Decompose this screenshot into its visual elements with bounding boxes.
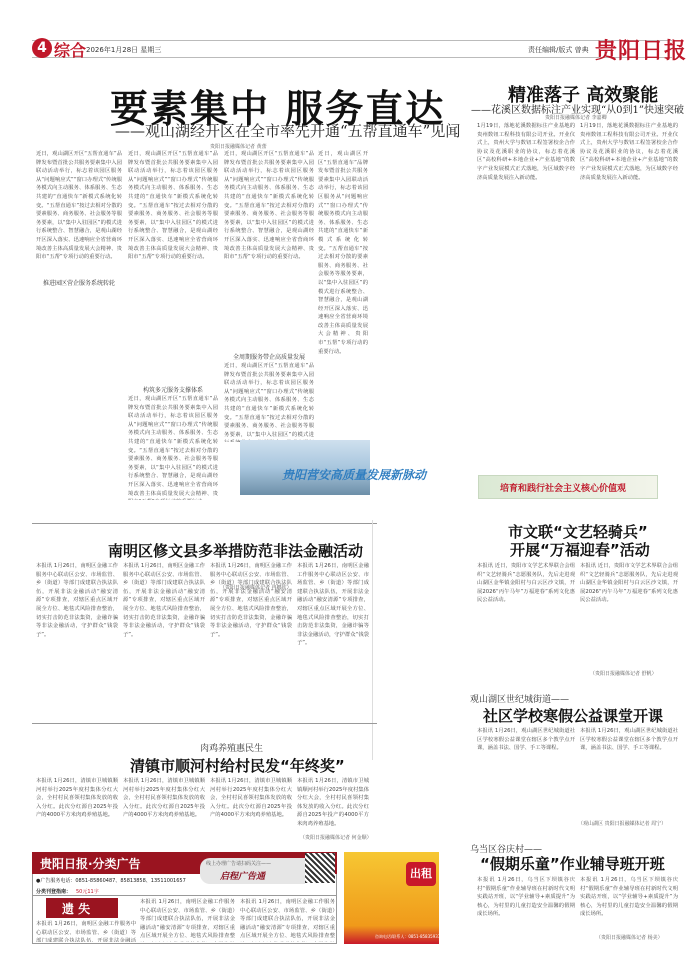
arts-headline-2: 开展“万福迎春”活动 [510, 539, 650, 560]
finance-byline: （贵阳日报融媒体记者 冉娜钦） [220, 584, 292, 591]
divider [32, 895, 337, 896]
arts-column-2: 本报讯 近日，贵阳市文学艺术界联合会组织“文艺轻骑兵”志愿服务队，先后走进观山湖… [580, 562, 678, 674]
community-headline: 社区学校寒假公益课堂开课 [483, 705, 663, 726]
section-name: 综合 [54, 38, 86, 61]
lead-byline: 贵阳日报融媒体记者 黄蕾 [210, 143, 267, 150]
community-column-1: 本报讯 1月26日，观山湖区世纪城街道社区学校寒假公益课堂在辖区多个教学点开课，… [477, 727, 575, 827]
editor-credit: 责任编辑/版式 曾典 [528, 45, 589, 55]
right-byline: 贵阳日报融媒体记者 李嘉卿 [545, 114, 607, 121]
lead-column-2b: 近日，观山湖区开区“五帮直通车”品牌发布暨首批公共服务要素集中入园联动活动举行，… [128, 395, 218, 500]
village-column-2: 本报讯 1月26日，清镇市卫城镇顺河村举行2025年度村集体分红大会，全村村民喜… [123, 777, 205, 839]
classified-brand: 贵阳日报·分类广告 [40, 855, 141, 872]
lead-subhead-3: 全周期服务带企高质量发展 [224, 352, 314, 361]
finance-headline: 南明区修文县多举措防范非法金融活动 [108, 540, 363, 561]
page-number-badge: 4 [32, 38, 52, 58]
lead-column-4: 近日，观山湖区开区“五帮直通车”品牌发布暨首批公共服务要素集中入园联动活动举行，… [318, 150, 368, 450]
divider [32, 723, 377, 724]
homework-column-2: 本报讯 1月26日，乌当区下坝镇谷庆村“假期乐童”作业辅导班在村新时代文明实践站… [580, 876, 678, 931]
finance-column-3: 本报讯 1月26日，南明区金融工作服务中心联动区公安、市场监管、乡（街道）等部门… [210, 562, 292, 702]
issue-date: 2026年1月28日 星期三 [86, 45, 161, 55]
village-column-3: 本报讯 1月26日，清镇市卫城镇顺河村举行2025年度村集体分红大会，全村村民喜… [210, 777, 292, 839]
lead-subhead-2: 构筑多元服务支撑体系 [128, 385, 218, 394]
qr-code[interactable] [305, 853, 335, 883]
arts-column-1: 本报讯 近日，贵阳市文学艺术界联合会组织“文艺轻骑兵”志愿服务队，先后走进观山湖… [477, 562, 575, 684]
lead-column-3: 近日，观山湖区开区“五帮直通车”品牌发布暨首批公共服务要素集中入园联动活动举行，… [224, 150, 314, 350]
lost-notices-3: 本报讯 1月26日，南明区金融工作服务中心联动区公安、市场监管、乡（街道）等部门… [240, 898, 335, 942]
right-column-2: 1月19日，落地花溪数据标注产业基地的贵州数钮工程科技有限公司开业。开业仪式上，… [580, 122, 678, 437]
lead-subtitle: ——观山湖经开区在全市率先开通“五帮直通车”见闻 [115, 120, 460, 141]
lead-column-3b: 近日，观山湖区开区“五帮直通车”品牌发布暨首批公共服务要素集中入园联动活动举行，… [224, 362, 314, 442]
lead-subhead-1: 推进园区营企服务系统转轮 [36, 278, 122, 287]
village-headline: 清镇市顺河村给村民发“年终奖” [130, 755, 345, 776]
price-value: 50元11字 [76, 888, 99, 895]
value-banner-text: 培育和践行社会主义核心价值观 [500, 481, 626, 494]
community-byline: （观山湖区 贵阳日报融媒体记者 周宁） [578, 820, 666, 827]
divider [32, 523, 377, 524]
finance-column-1: 本报讯 1月26日，南明区金融工作服务中心联动区公安、市场监管、乡（街道）等部门… [36, 562, 118, 702]
homework-headline: “假期乐童”作业辅导班开班 [480, 853, 665, 874]
homework-byline: （贵阳日报融媒体记者 杨美） [596, 934, 663, 941]
village-column-1: 本报讯 1月26日，清镇市卫城镇顺河村举行2025年度村集体分红大会，全村村民喜… [36, 777, 118, 839]
finance-column-4: 本报讯 1月26日，南明区金融工作服务中心联动区公安、市场监管、乡（街道）等部门… [297, 562, 369, 702]
homework-column-1: 本报讯 1月26日，乌当区下坝镇谷庆村“假期乐童”作业辅导班在村新时代文明实践站… [477, 876, 575, 938]
lost-label: 遗 失 [62, 900, 90, 917]
classified-phone: ●广告服务电话：0851-85860487、85813858、135110016… [36, 877, 186, 884]
community-column-2: 本报讯 1月26日，观山湖区世纪城街道社区学校寒假公益课堂在辖区多个教学点开课，… [580, 727, 678, 817]
village-kicker: 肉鸡养殖惠民生 [200, 741, 263, 754]
village-byline: （贵阳日报融媒体记者 何金顺） [300, 834, 372, 841]
divider [372, 520, 373, 760]
rent-phone: 咨询电话/联系人：0851-85835937 [375, 934, 440, 940]
arts-byline: （贵阳日报融媒体记者 舒帆） [590, 670, 657, 677]
village-column-4: 本报讯 1月26日，清镇市卫城镇顺河村举行2025年度村集体分红大会，全村村民喜… [297, 777, 369, 832]
newspaper-logo: 贵阳日报 [595, 34, 687, 65]
lost-notices-1: 本报讯 1月26日，南明区金融工作服务中心联动区公安、市场监管、乡（街道）等部门… [36, 920, 136, 942]
lead-column-1: 近日，观山湖区开区“五帮直通车”品牌发布暨首批公共服务要素集中入园联动活动举行，… [36, 150, 122, 500]
price-label: 分类刊登指南： [36, 888, 71, 895]
online-label: 线上办理广告请扫码关注—— [206, 860, 271, 867]
rent-label: 出租 [406, 862, 436, 886]
lead-column-2: 近日，观山湖区开区“五帮直通车”品牌发布暨首批公共服务要素集中入园联动活动举行，… [128, 150, 218, 380]
online-name: 启程广告通 [220, 869, 265, 882]
community-kicker: 观山湖区世纪城街道—— [470, 692, 569, 705]
lost-notices-2: 本报讯 1月26日，南明区金融工作服务中心联动区公安、市场监管、乡（街道）等部门… [140, 898, 235, 942]
lead-banner-caption: 贵阳营安高质量发展新脉动 [282, 466, 426, 483]
right-column-1: 1月19日，落地花溪数据标注产业基地的贵州数钮工程科技有限公司开业。开业仪式上，… [477, 122, 575, 477]
finance-column-2: 本报讯 1月26日，南明区金融工作服务中心联动区公安、市场监管、乡（街道）等部门… [123, 562, 205, 702]
